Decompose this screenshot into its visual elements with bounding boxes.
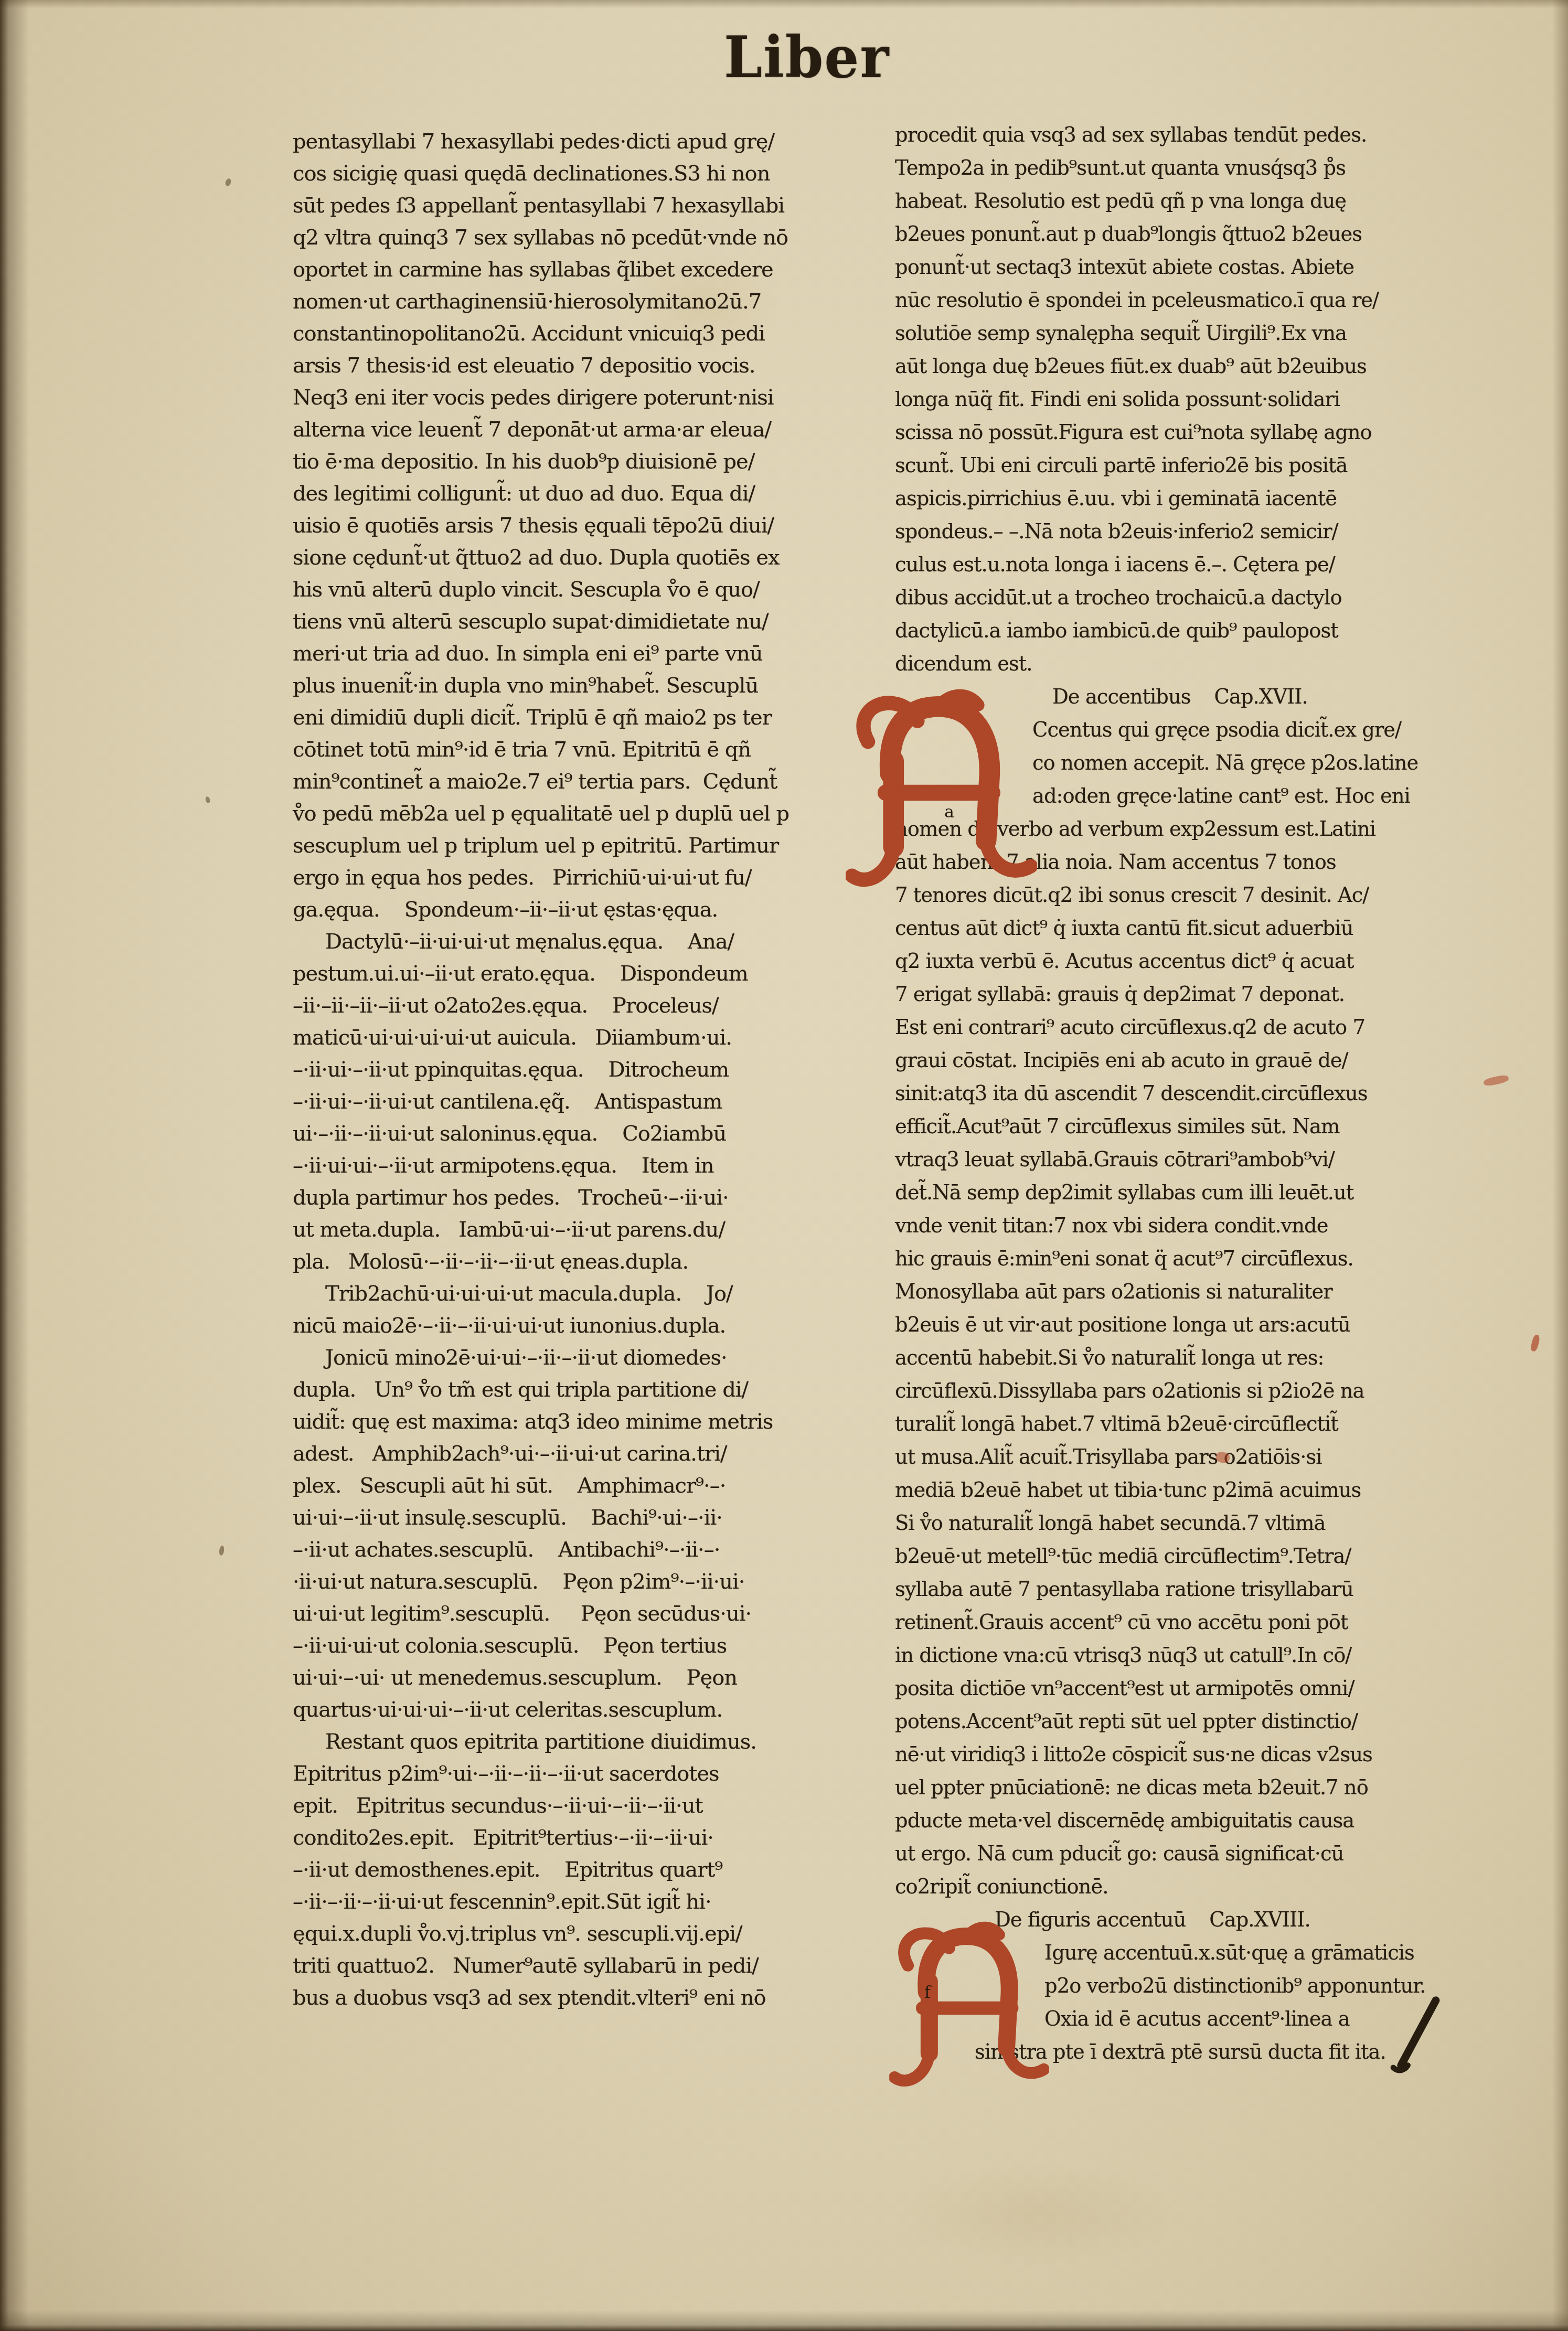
text-line: –·ii·ut achates.sescuplū. Antibachi⁹·–·i… bbox=[293, 1534, 817, 1566]
text-line: scunt̃. Ubi eni circuli partē inferio2ē … bbox=[895, 449, 1364, 482]
text-line: epit. Epitritus secundus·–·ii·ui·–·ii·–·… bbox=[293, 1790, 817, 1822]
text-line: ga.ęqua. Spondeum·–ii·–ii·ut ęstas·ęqua. bbox=[293, 894, 817, 926]
text-line: Trib2achū·ui·ui·ui·ut macula.dupla. Jo/ bbox=[293, 1278, 817, 1310]
text-line: dibus accidūt.ut a trocheo trochaicū.a d… bbox=[895, 581, 1364, 614]
text-line: graui cōstat. Incipiēs eni ab acuto in g… bbox=[895, 1044, 1364, 1077]
text-line: pentasyllabi 7 hexasyllabi pedes·dicti a… bbox=[293, 126, 817, 158]
text-line: Monosyllaba aūt pars o2ationis si natura… bbox=[895, 1275, 1364, 1308]
text-line: –ii·–ii·–ii·–ii·ut o2ato2es.ęqua. Procel… bbox=[293, 990, 817, 1022]
text-line: retinent̃.Grauis accent⁹ cū vno accētu p… bbox=[895, 1606, 1364, 1639]
text-line: 7 erigat syllabā: grauis q̇ dep2imat 7 d… bbox=[895, 978, 1364, 1011]
text-line: Dactylū·–ii·ui·ui·ut męnalus.ęqua. Ana/ bbox=[293, 926, 817, 958]
text-line: Restant quos epitrita partitione diuidim… bbox=[293, 1726, 817, 1758]
text-line: solutiōe semp synalępha sequit̃ Uirgili⁹… bbox=[895, 317, 1364, 350]
rubric-touch bbox=[1530, 1334, 1540, 1352]
text-line: nicū maio2ē·–·ii·–·ii·ui·ui·ut iunonius.… bbox=[293, 1310, 817, 1342]
text-line: des legitimi colligunt̃: ut duo ad duo. … bbox=[293, 478, 817, 510]
text-line: bus a duobus vsq3 ad sex ptendit.vlteri⁹… bbox=[293, 1982, 817, 2014]
text-line: nomen·ut carthaginensiū·hierosolymitano2… bbox=[293, 286, 817, 318]
text-line: cōtinet totū min⁹·id ē tria 7 vnū. Epitr… bbox=[293, 734, 817, 766]
text-line: turalit̃ longā habet.7 vltimā b2euē·circ… bbox=[895, 1408, 1364, 1441]
text-line: Neq3 eni iter vocis pedes dirigere poter… bbox=[293, 382, 817, 414]
text-line: meri·ut tria ad duo. In simpla eni ei⁹ p… bbox=[293, 638, 817, 670]
text-line: alterna vice leuent̃ 7 deponāt·ut arma·a… bbox=[293, 414, 817, 446]
text-line: pestum.ui.ui·–ii·ut erato.ęqua. Disponde… bbox=[293, 958, 817, 990]
text-line: ui·ui·ut legitim⁹.sescuplū. Pęon secūdus… bbox=[293, 1598, 817, 1630]
text-line: ui·ui·–·ui· ut menedemus.sescuplum. Pęon bbox=[293, 1662, 817, 1694]
text-line: Est eni contrari⁹ acuto circūflexus.q2 d… bbox=[895, 1011, 1364, 1044]
text-line: ·ii·ui·ut natura.sescuplū. Pęon p2im⁹·–·… bbox=[293, 1566, 817, 1598]
text-line: ponunt̃·ut sectaq3 intexūt abiete costas… bbox=[895, 251, 1364, 284]
text-column-right: procedit quia vsq3 ad sex syllabas tendū… bbox=[895, 119, 1364, 2069]
text-line: dicendum est. bbox=[895, 647, 1364, 680]
ink-speck bbox=[219, 1545, 225, 1556]
text-line: eni dimidiū dupli dicit̃. Triplū ē qñ ma… bbox=[293, 702, 817, 734]
text-line: accentū habebit.Si v̊o naturalit̃ longa … bbox=[895, 1342, 1364, 1375]
text-line: condito2es.epit. Epitrit⁹tertius·–·ii·–·… bbox=[293, 1822, 817, 1854]
text-line: sione cędunt̃·ut q̃ttuo2 ad duo. Dupla q… bbox=[293, 542, 817, 574]
text-line: triti quattuo2. Numer⁹autē syllabarū in … bbox=[293, 1950, 817, 1982]
text-line: ui·ui·–·ii·ut insulę.sescuplū. Bachi⁹·ui… bbox=[293, 1502, 817, 1534]
rubric-touch bbox=[1483, 1074, 1509, 1087]
text-line: Tempo2a in pedib⁹sunt.ut quanta vnusq́sq… bbox=[895, 152, 1364, 185]
text-line: min⁹continet̃ a maio2e.7 ei⁹ tertia pars… bbox=[293, 766, 817, 798]
text-line: aūt longa duę b2eues fiūt.ex duab⁹ aūt b… bbox=[895, 350, 1364, 383]
rubricated-initial-A-cap17 bbox=[846, 686, 1037, 896]
text-line: b2euis ē ut vir·aut positione longa ut a… bbox=[895, 1308, 1364, 1342]
text-line: Jonicū mino2ē·ui·ui·–·ii·–·ii·ut diomede… bbox=[293, 1342, 817, 1374]
text-line: plex. Sescupli aūt hi sūt. Amphimacr⁹·–· bbox=[293, 1470, 817, 1502]
text-line: uisio ē quotiēs arsis 7 thesis ęquali tē… bbox=[293, 510, 817, 542]
text-line: nūc resolutio ē spondei in pceleusmatico… bbox=[895, 284, 1364, 317]
text-line: dactylicū.a iambo iambicū.de quib⁹ paulo… bbox=[895, 614, 1364, 647]
text-line: sescuplum uel p triplum uel p epitritū. … bbox=[293, 830, 817, 862]
text-line: constantinopolitano2ū. Accidunt vnicuiq3… bbox=[293, 318, 817, 350]
text-line: –·ii·ui·–·ii·ut ppinquitas.ęqua. Ditroch… bbox=[293, 1054, 817, 1086]
text-line: det̃.Nā semp dep2imit syllabas cum illi … bbox=[895, 1176, 1364, 1209]
text-line: quartus·ui·ui·ui·–·ii·ut celeritas.sescu… bbox=[293, 1694, 817, 1726]
initial-guide-letter: a bbox=[944, 802, 954, 822]
text-line: q2 vltra quinq3 7 sex syllabas nō pcedūt… bbox=[293, 222, 817, 254]
text-line: tio ē·ma depositio. In his duob⁹p diuisi… bbox=[293, 446, 817, 478]
text-line: Si v̊o naturalit̃ longā habet secundā.7 … bbox=[895, 1507, 1364, 1540]
text-line: centus aūt dict⁹ q̇ iuxta cantū fit.sicu… bbox=[895, 912, 1364, 945]
text-line: ęqui.x.dupli v̊o.vj.triplus vn⁹. sescupl… bbox=[293, 1918, 817, 1950]
text-line: uel ppter pnūciationē: ne dicas meta b2e… bbox=[895, 1771, 1364, 1804]
text-line: –·ii·–·ii·–·ii·ui·ut fescennin⁹.epit.Sūt… bbox=[293, 1886, 817, 1918]
text-line: hic grauis ē:min⁹eni sonat q̈ acut⁹7 cir… bbox=[895, 1242, 1364, 1275]
text-line: oportet in carmine has syllabas q̃libet … bbox=[293, 254, 817, 286]
text-line: his vnū alterū duplo vincit. Sescupla v̊… bbox=[293, 574, 817, 606]
paper-stain bbox=[892, 2162, 1186, 2266]
text-line: aspicis.pirrichius ē.uu. vbi i geminatā … bbox=[895, 482, 1364, 515]
text-line: nē·ut viridiq3 i litto2e cōspicit̃ sus·n… bbox=[895, 1738, 1364, 1771]
text-line: –·ii·ut demosthenes.epit. Epitritus quar… bbox=[293, 1854, 817, 1886]
text-line: ut musa.Alit̃ acuit̃.Trisyllaba pars o2a… bbox=[895, 1441, 1364, 1474]
text-line: posita dictiōe vn⁹accent⁹est ut armipotē… bbox=[895, 1672, 1364, 1705]
text-line: spondeus.– –.Nā nota b2euis·inferio2 sem… bbox=[895, 515, 1364, 548]
text-line: q2 iuxta verbū ē. Acutus accentus dict⁹ … bbox=[895, 945, 1364, 978]
text-line: sinit:atq3 ita dū ascendit 7 descendit.c… bbox=[895, 1077, 1364, 1110]
text-line: vtraq3 leuat syllabā.Grauis cōtrari⁹ambo… bbox=[895, 1143, 1364, 1176]
text-line: uidit̃: quę est maxima: atq3 ideo minime… bbox=[293, 1406, 817, 1438]
text-line: longa nūq̈ fit. Findi eni solida possunt… bbox=[895, 383, 1364, 416]
ink-speck bbox=[225, 178, 232, 187]
text-line: cos sicigię quasi quędā declinationes.S3… bbox=[293, 158, 817, 190]
text-line: arsis 7 thesis·id est eleuatio 7 deposit… bbox=[293, 350, 817, 382]
text-line: adest. Amphib2ach⁹·ui·–·ii·ui·ut carina.… bbox=[293, 1438, 817, 1470]
text-line: b2eues ponunt̃.aut p duab⁹longis q̃ttuo2… bbox=[895, 218, 1364, 251]
text-line: ut meta.dupla. Iambū·ui·–·ii·ut parens.d… bbox=[293, 1214, 817, 1246]
text-line: ut ergo. Nā cum pducit̃ go: causā signif… bbox=[895, 1837, 1364, 1870]
text-line: v̊o pedū mēb2a uel p ęqualitatē uel p du… bbox=[293, 798, 817, 830]
ink-speck bbox=[205, 796, 210, 804]
text-line: circūflexū.Dissyllaba pars o2ationis si … bbox=[895, 1375, 1364, 1408]
text-line: scissa nō possūt.Figura est cui⁹nota syl… bbox=[895, 416, 1364, 449]
text-line: –·ii·ui·–·ii·ui·ut cantilena.ęq̃. Antisp… bbox=[293, 1086, 817, 1118]
text-line: ergo in ęqua hos pedes. Pirrichiū·ui·ui·… bbox=[293, 862, 817, 894]
text-line: ui·–·ii·–·ii·ui·ut saloninus.ęqua. Co2ia… bbox=[293, 1118, 817, 1150]
text-line: mediā b2euē habet ut tibia·tunc p2imā ac… bbox=[895, 1474, 1364, 1507]
text-line: dupla partimur hos pedes. Trocheū·–·ii·u… bbox=[293, 1182, 817, 1214]
acute-accent-figure bbox=[1385, 1994, 1453, 2078]
text-column-left: pentasyllabi 7 hexasyllabi pedes·dicti a… bbox=[293, 126, 817, 2014]
text-line: –·ii·ui·ui·ut colonia.sescuplū. Pęon ter… bbox=[293, 1630, 817, 1662]
text-line: sūt pedes ſ3 appellant̃ pentasyllabi 7 h… bbox=[293, 190, 817, 222]
initial-guide-letter: f bbox=[924, 1982, 931, 2002]
book-page-scan: Liber pentasyllabi 7 hexasyllabi pedes·d… bbox=[0, 0, 1568, 2331]
rubricated-initial-A-cap18 bbox=[866, 1920, 1073, 2093]
text-line: maticū·ui·ui·ui·ui·ut auicula. Diiambum·… bbox=[293, 1022, 817, 1054]
text-line: –·ii·ui·ui·–·ii·ut armipotens.ęqua. Item… bbox=[293, 1150, 817, 1182]
text-line: vnde venit titan:7 nox vbi sidera condit… bbox=[895, 1209, 1364, 1242]
text-line: procedit quia vsq3 ad sex syllabas tendū… bbox=[895, 119, 1364, 152]
text-line: tiens vnū alterū sescuplo supat·dimidiet… bbox=[293, 606, 817, 638]
text-line: plus inuenit̃·in dupla vno min⁹habet̃. S… bbox=[293, 670, 817, 702]
text-line: in dictione vna:cū vtrisq3 nūq3 ut catul… bbox=[895, 1639, 1364, 1672]
text-line: dupla. Un⁹ v̊o tm̃ est qui tripla partit… bbox=[293, 1374, 817, 1406]
text-line: efficit̃.Acut⁹aūt 7 circūflexus similes … bbox=[895, 1110, 1364, 1143]
text-line: culus est.u.nota longa i iacens ē.–. Cęt… bbox=[895, 548, 1364, 581]
text-line: habeat. Resolutio est pedū qñ p vna long… bbox=[895, 185, 1364, 218]
text-line: pducte meta·vel discernēdę ambiguitatis … bbox=[895, 1804, 1364, 1837]
text-line: potens.Accent⁹aūt repti sūt uel ppter di… bbox=[895, 1705, 1364, 1738]
text-line: b2euē·ut metell⁹·tūc mediā circūflectim⁹… bbox=[895, 1540, 1364, 1573]
text-line: syllaba autē 7 pentasyllaba ratione tris… bbox=[895, 1573, 1364, 1606]
text-line: co2ripit̃ coniunctionē. bbox=[895, 1870, 1364, 1903]
running-title: Liber bbox=[724, 24, 890, 91]
text-line: Epitritus p2im⁹·ui·–·ii·–·ii·–·ii·ut sac… bbox=[293, 1758, 817, 1790]
text-line: pla. Molosū·–·ii·–·ii·–·ii·ut ęneas.dupl… bbox=[293, 1246, 817, 1278]
